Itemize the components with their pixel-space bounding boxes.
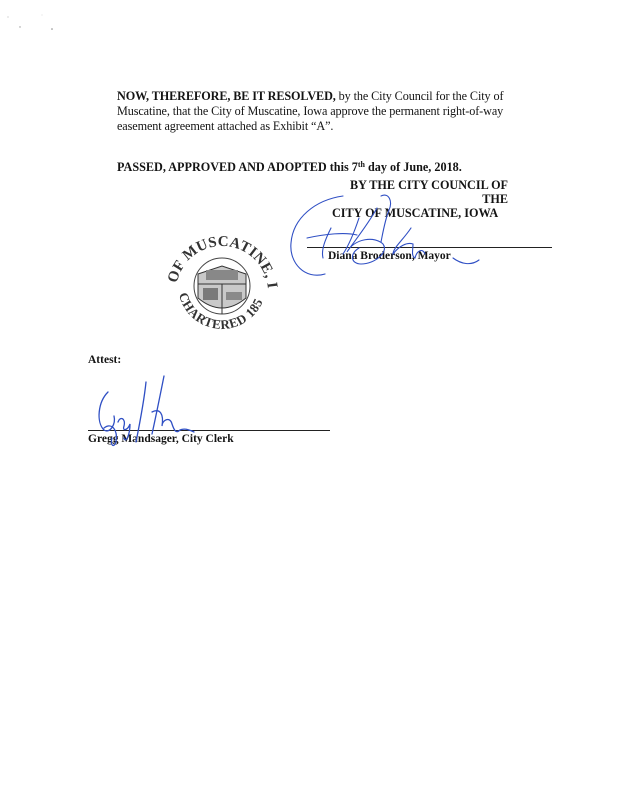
council-line2: CITY OF MUSCATINE, IOWA: [322, 206, 508, 220]
clerk-name: Gregg Mandsager, City Clerk: [88, 433, 234, 445]
resolution-paragraph: NOW, THEREFORE, BE IT RESOLVED, by the C…: [117, 89, 547, 134]
city-seal: CITY OF MUSCATINE, IOWA CHARTERED 1851: [158, 222, 286, 350]
document-page: NOW, THEREFORE, BE IT RESOLVED, by the C…: [0, 0, 617, 800]
council-line1: BY THE CITY COUNCIL OF THE: [350, 178, 508, 206]
resolution-line1: by the City Council for the City of: [336, 89, 504, 103]
mayor-signature-line: [307, 247, 552, 248]
mayor-name: Diana Broderson, Mayor: [328, 250, 451, 262]
passed-statement: PASSED, APPROVED AND ADOPTED this 7th da…: [117, 160, 462, 175]
resolution-lead: NOW, THEREFORE, BE IT RESOLVED,: [117, 89, 336, 103]
resolution-line2: Muscatine, that the City of Muscatine, I…: [117, 104, 503, 118]
scan-specks: [0, 0, 100, 50]
attest-label: Attest:: [88, 354, 121, 366]
resolution-line3: easement agreement attached as Exhibit “…: [117, 119, 333, 133]
council-block: BY THE CITY COUNCIL OF THE CITY OF MUSCA…: [322, 178, 508, 220]
clerk-signature-line: [88, 430, 330, 431]
